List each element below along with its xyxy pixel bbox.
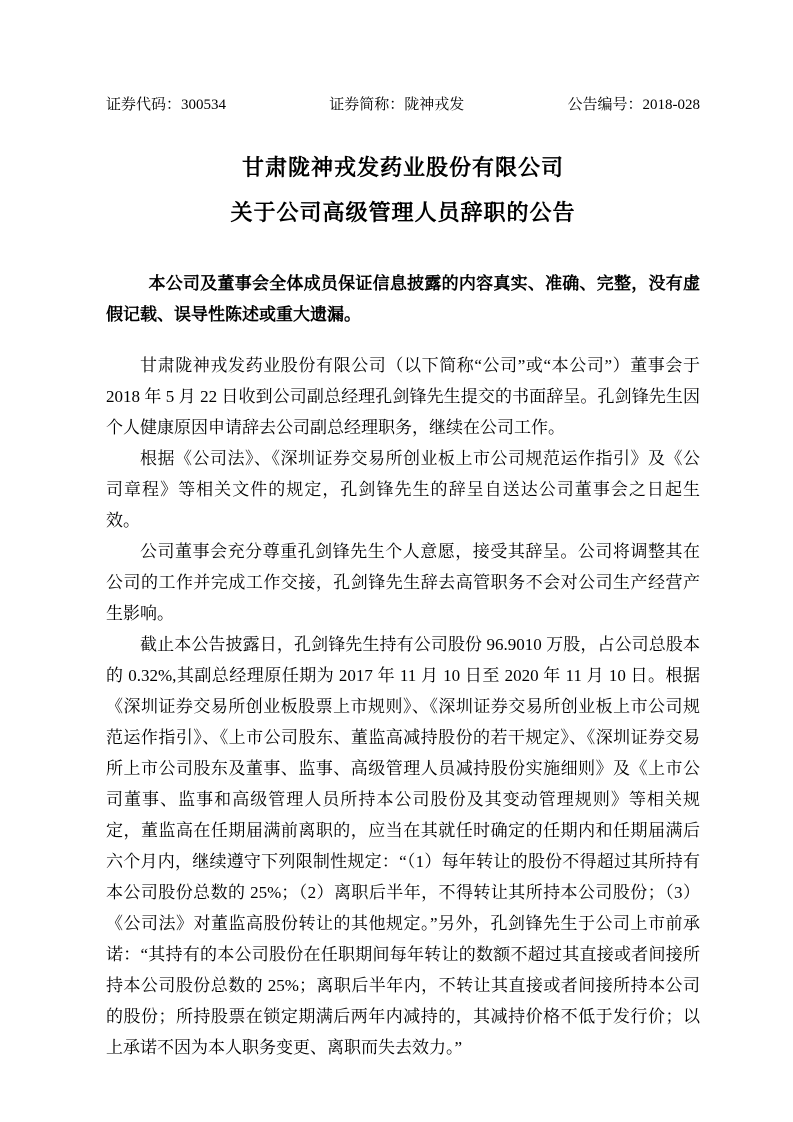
doc-header: 证券代码：300534 证券简称：陇神戎发 公告编号：2018-028 [106,95,700,115]
paragraph-board-response: 公司董事会充分尊重孔剑锋先生个人意愿，接受其辞呈。公司将调整其在公司的工作并完成… [106,536,700,629]
announcement-page: 证券代码：300534 证券简称：陇神戎发 公告编号：2018-028 甘肃陇神… [0,0,793,1122]
disclaimer-statement: 本公司及董事会全体成员保证信息披露的内容真实、准确、完整，没有虚假记载、误导性陈… [106,268,700,330]
paragraph-shareholding-and-commitments: 截止本公告披露日，孔剑锋先生持有公司股份 96.9010 万股，占公司总股本的 … [106,629,700,1063]
announcement-subject-title: 关于公司高级管理人员辞职的公告 [106,200,700,226]
company-name-title: 甘肃陇神戎发药业股份有限公司 [106,155,700,181]
stock-code: 证券代码：300534 [106,95,226,115]
stock-abbreviation: 证券简称：陇神戎发 [329,95,464,115]
paragraph-effective-date: 根据《公司法》、《深圳证券交易所创业板上市公司规范运作指引》及《公司章程》等相关… [106,443,700,536]
paragraph-resignation-notice: 甘肃陇神戎发药业股份有限公司（以下简称“公司”或“本公司”）董事会于 2018 … [106,350,700,443]
announcement-number: 公告编号：2018-028 [568,95,701,115]
